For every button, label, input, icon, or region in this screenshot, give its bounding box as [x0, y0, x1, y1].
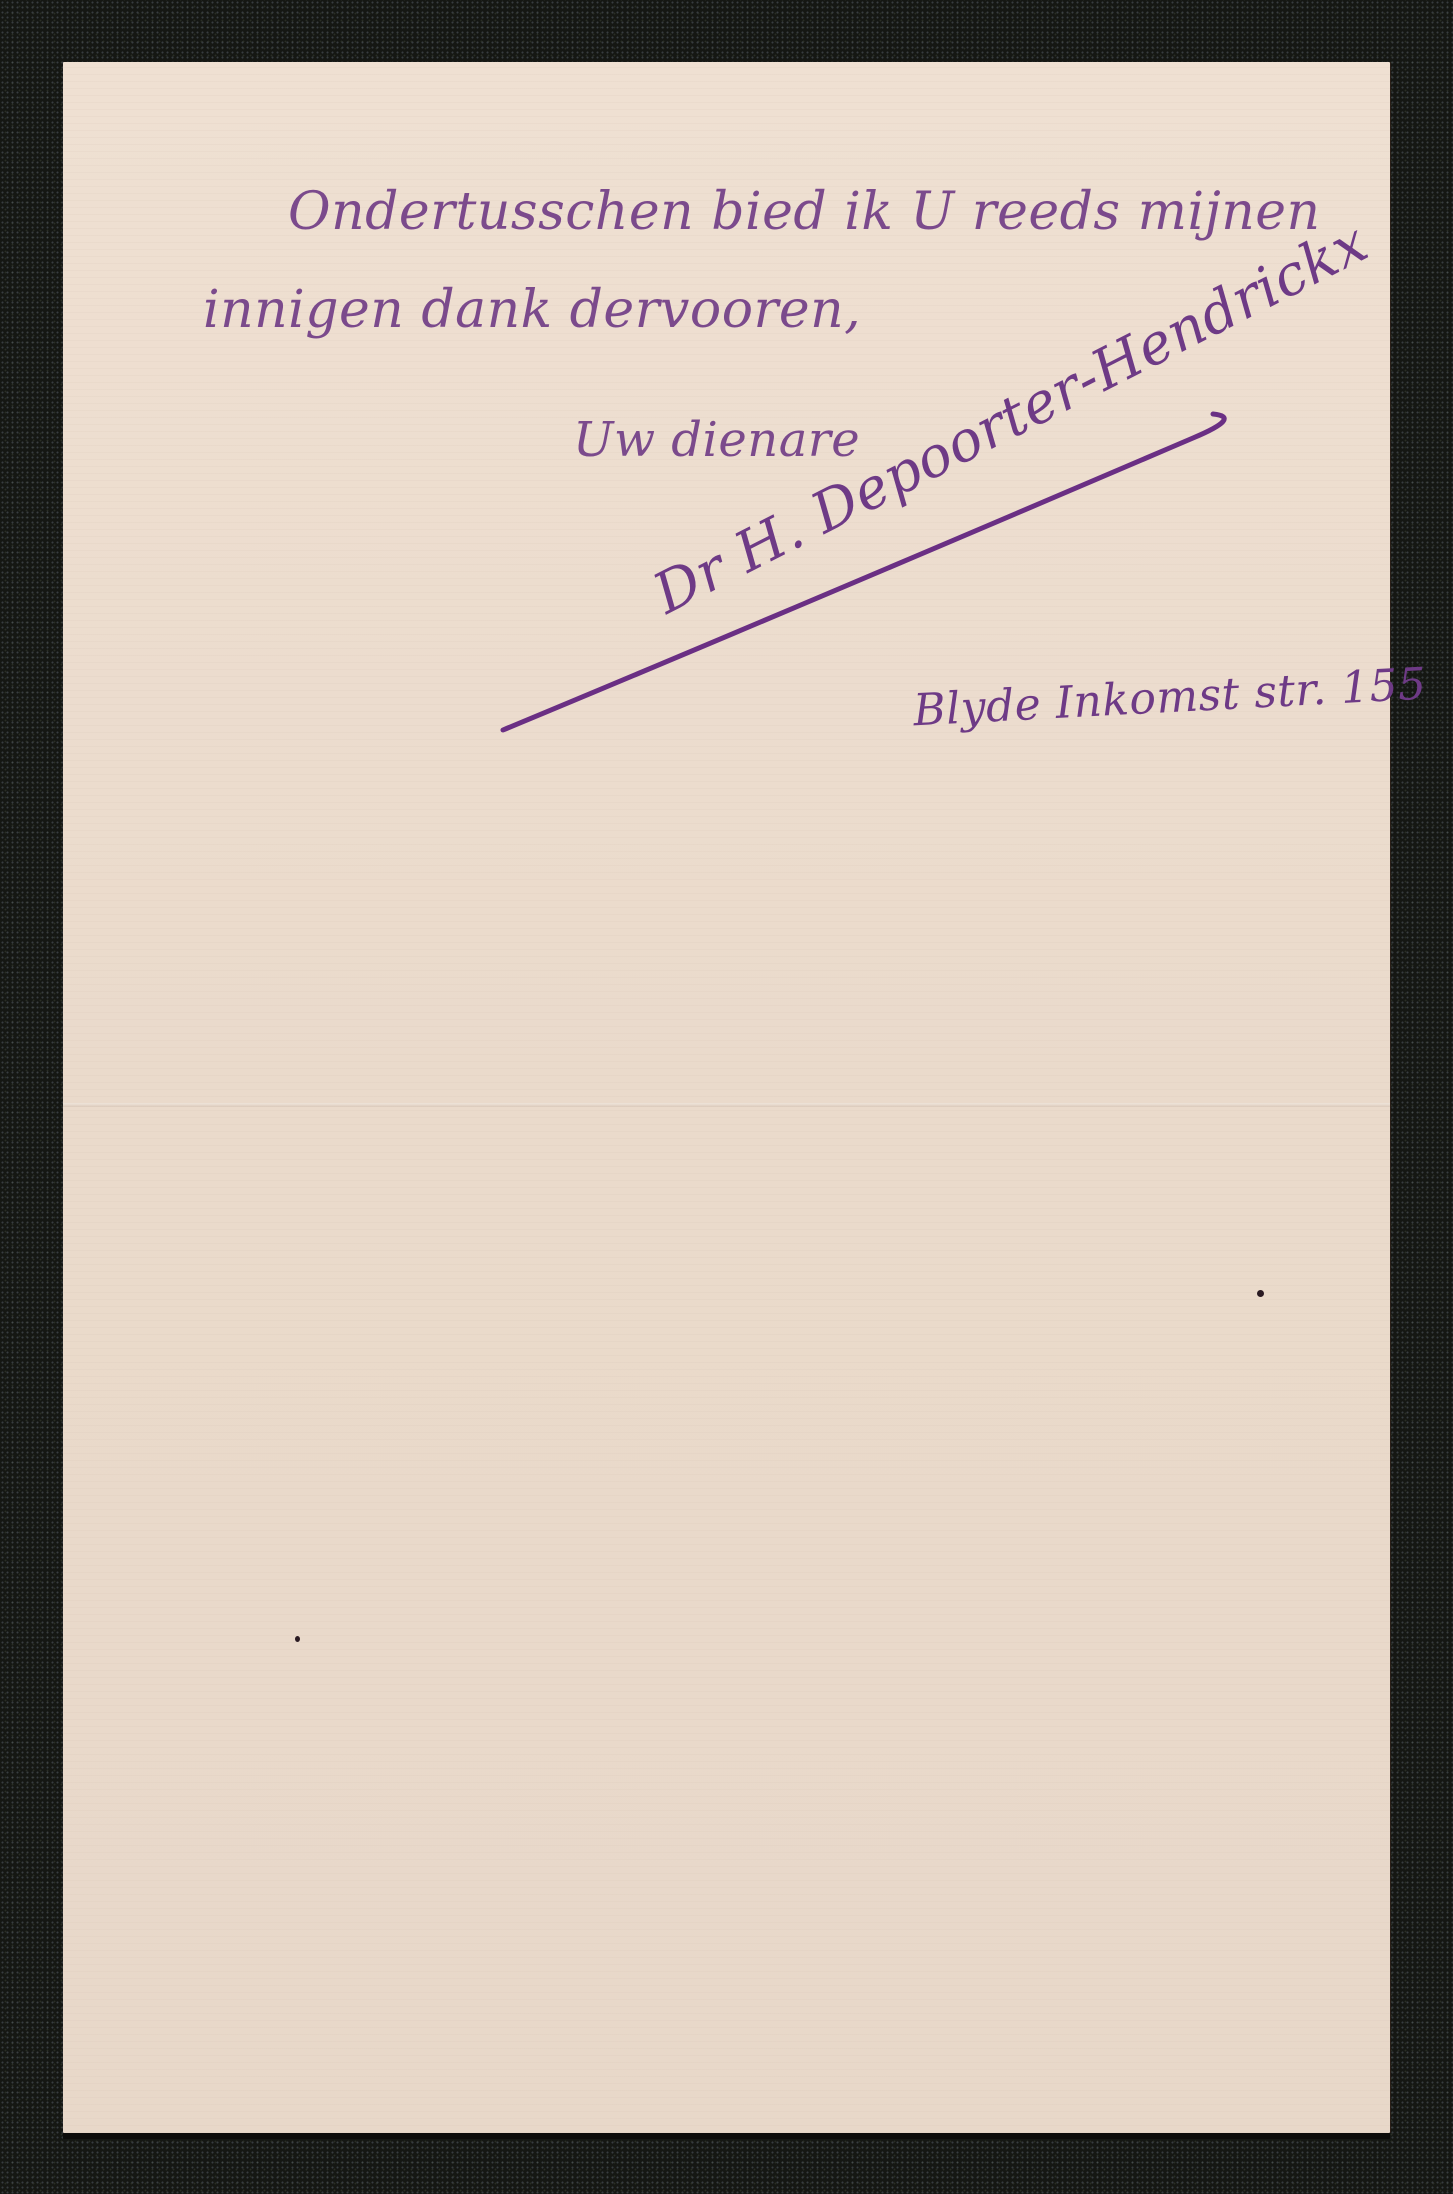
ink-speck: [295, 1636, 300, 1642]
letter-page: Ondertusschen bied ik U reeds mijnen inn…: [63, 62, 1390, 2133]
signature-flourish-stroke: [63, 62, 1390, 2133]
ink-speck: [1257, 1290, 1264, 1297]
